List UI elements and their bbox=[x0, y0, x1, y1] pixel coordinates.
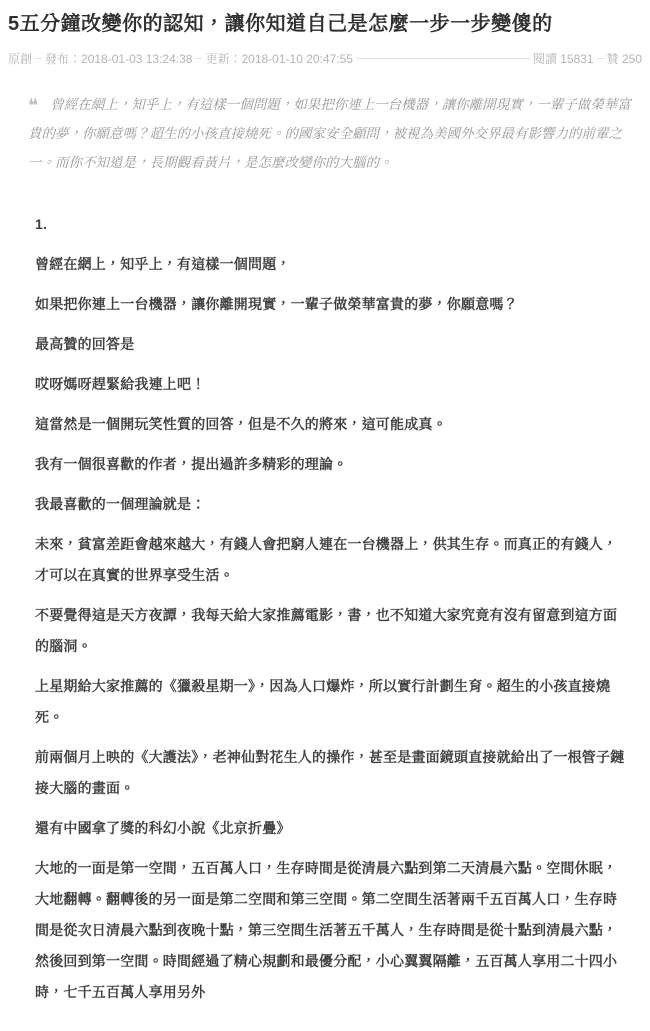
summary-quote-text: 曾經在網上，知乎上，有這樣一個問題，如果把你連上一台機器，讓你離開現實，一輩子做… bbox=[28, 97, 631, 170]
like-label: 贊 bbox=[607, 52, 619, 66]
update-value: 2018-01-10 20:47:55 bbox=[241, 52, 352, 66]
read-value: 15831 bbox=[560, 52, 593, 66]
paragraph: 哎呀媽呀趕緊給我連上吧！ bbox=[35, 369, 627, 400]
article-meta-bar: 原創 發布：2018-01-03 13:24:38 更新：2018-01-10 … bbox=[8, 50, 642, 66]
paragraph: 上星期給大家推薦的《獵殺星期一》，因為人口爆炸，所以實行計劃生育。超生的小孩直接… bbox=[35, 671, 627, 733]
paragraph: 這當然是一個開玩笑性質的回答，但是不久的將來，這可能成真。 bbox=[35, 409, 627, 440]
article-body: 1. 曾經在網上，知乎上，有這樣一個問題， 如果把你連上一台機器，讓你離開現實，… bbox=[8, 209, 642, 1008]
article-title: 5五分鐘改變你的認知，讓你知道自己是怎麼一步一步變傻的 bbox=[8, 10, 642, 38]
paragraph: 還有中國拿了獎的科幻小說《北京折疊》 bbox=[35, 813, 627, 844]
paragraph: 不要覺得這是天方夜譚，我每天給大家推薦電影，書，也不知道大家究竟有沒有留意到這方… bbox=[35, 600, 627, 662]
paragraph: 前兩個月上映的《大護法》，老神仙對花生人的操作，甚至是畫面鏡頭直接就給出了一根管… bbox=[35, 742, 627, 804]
read-count: 閱讀 15831 bbox=[530, 50, 597, 67]
paragraph: 我最喜歡的一個理論就是： bbox=[35, 489, 627, 520]
read-label: 閱讀 bbox=[533, 52, 557, 66]
like-count: 贊 250 bbox=[604, 50, 642, 67]
paragraph: 大地的一面是第一空間，五百萬人口，生存時間是從清晨六點到第二天清晨六點。空間休眠… bbox=[35, 853, 627, 1008]
summary-quote: ❝曾經在網上，知乎上，有這樣一個問題，如果把你連上一台機器，讓你離開現實，一輩子… bbox=[28, 90, 632, 177]
update-time: 更新：2018-01-10 20:47:55 bbox=[202, 50, 355, 67]
publish-value: 2018-01-03 13:24:38 bbox=[81, 52, 192, 66]
publish-label: 發布： bbox=[45, 52, 81, 66]
original-badge: 原創 bbox=[8, 50, 35, 67]
paragraph: 曾經在網上，知乎上，有這樣一個問題， bbox=[35, 249, 627, 280]
article-page: 5五分鐘改變你的認知，讓你知道自己是怎麼一步一步變傻的 原創 發布：2018-0… bbox=[0, 0, 650, 1031]
paragraph-section-number: 1. bbox=[35, 209, 627, 240]
paragraph: 如果把你連上一台機器，讓你離開現實，一輩子做榮華富貴的夢，你願意嗎？ bbox=[35, 289, 627, 320]
paragraph: 未來，貧富差距會越來越大，有錢人會把窮人連在一台機器上，供其生存。而真正的有錢人… bbox=[35, 529, 627, 591]
update-label: 更新： bbox=[205, 52, 241, 66]
open-quote-icon: ❝ bbox=[28, 96, 38, 117]
paragraph: 我有一個很喜歡的作者，提出過許多精彩的理論。 bbox=[35, 449, 627, 480]
publish-time: 發布：2018-01-03 13:24:38 bbox=[42, 50, 195, 67]
like-value: 250 bbox=[622, 52, 642, 66]
paragraph: 最高贊的回答是 bbox=[35, 329, 627, 360]
